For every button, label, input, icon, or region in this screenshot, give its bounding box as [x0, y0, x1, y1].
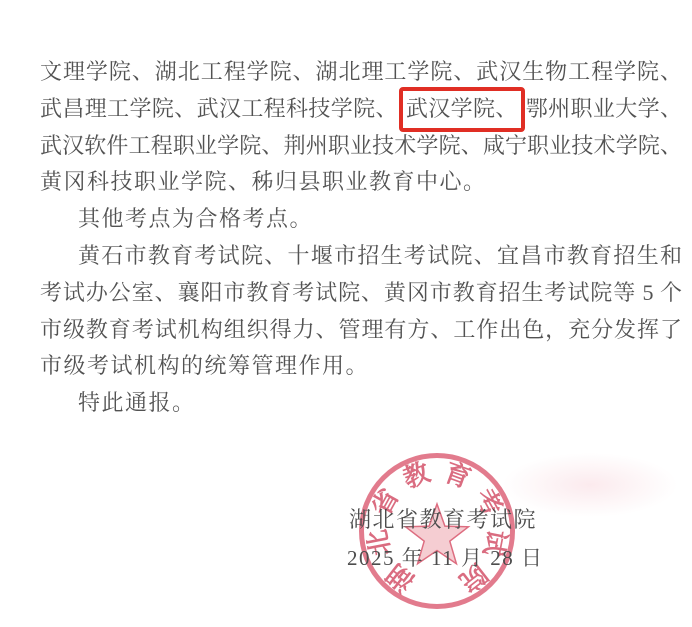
body-line-1: 文理学院、湖北工程学院、湖北理工学院、武汉生物工程学院、: [40, 54, 682, 91]
body-line-5: 其他考点为合格考点。: [40, 201, 682, 238]
body-line-2: 武昌理工学院、武汉工程科技学院、武汉学院、鄂州职业大学、: [40, 91, 682, 128]
document-body: 文理学院、湖北工程学院、湖北理工学院、武汉生物工程学院、 武昌理工学院、武汉工程…: [40, 54, 682, 422]
body-line-10: 特此通报。: [40, 385, 682, 422]
body-line-8: 市级教育考试机构组织得力、管理有方、工作出色，充分发挥了: [40, 312, 682, 349]
issuer-signature: 湖北省教育考试院: [349, 503, 537, 534]
body-line-4: 黄冈科技职业学院、秭归县职业教育中心。: [40, 164, 682, 201]
highlight-box-wuhan-college: 武汉学院、: [399, 87, 525, 132]
body-line-9: 市级考试机构的统筹管理作用。: [40, 348, 682, 385]
body-line-7: 考试办公室、襄阳市教育考试院、黄冈市教育招生考试院等 5 个: [40, 275, 682, 312]
body-line-6: 黄石市教育考试院、十堰市招生考试院、宜昌市教育招生和: [40, 238, 682, 275]
line2-text-after: 鄂州职业大学、: [526, 96, 682, 121]
scanned-notice-document: 文理学院、湖北工程学院、湖北理工学院、武汉生物工程学院、 武昌理工学院、武汉工程…: [0, 0, 692, 627]
body-line-3: 武汉软件工程职业学院、荆州职业技术学院、咸宁职业技术学院、: [40, 128, 682, 165]
line2-text-before: 武昌理工学院、武汉工程科技学院、: [40, 96, 398, 121]
issue-date: 2025 年 11 月 28 日: [347, 542, 543, 572]
